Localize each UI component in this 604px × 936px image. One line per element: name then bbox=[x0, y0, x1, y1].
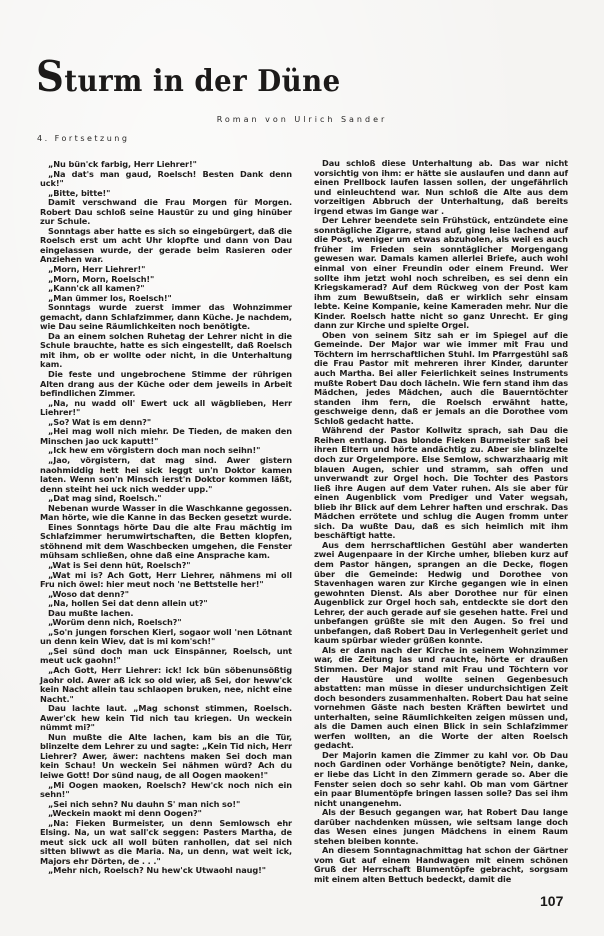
title-initial: S bbox=[36, 52, 64, 101]
paragraph: „Na dat's man gaud, Roelsch! Besten Dank… bbox=[40, 170, 292, 189]
paragraph: „Na, nu wadd oll' Ewert uck all wägblieb… bbox=[40, 399, 292, 418]
paragraph: Sonntags aber hatte es sich so eingebürg… bbox=[40, 227, 292, 265]
paragraph: Dau schloß diese Unterhaltung ab. Das wa… bbox=[314, 159, 568, 216]
paragraph: Damit verschwand die Frau Morgen für Mor… bbox=[40, 198, 292, 227]
paragraph: Nebenan wurde Wasser in die Waschkanne g… bbox=[40, 504, 292, 523]
paragraph: Eines Sonntags hörte Dau die alte Frau m… bbox=[40, 523, 292, 561]
page-number: 107 bbox=[540, 893, 563, 909]
paragraph: „So'n jungen forschen Kierl, sogaor woll… bbox=[40, 628, 292, 647]
paragraph: „Wat mi is? Ach Gott, Herr Liehrer, nähm… bbox=[40, 571, 292, 590]
title-rest: turm in der Düne bbox=[64, 64, 340, 99]
magazine-page: Sturm in der Düne Roman von Ulrich Sande… bbox=[0, 0, 604, 936]
paragraph: Aus dem herrschaftlichen Gestühl aber wa… bbox=[314, 541, 568, 646]
paragraph: Oben von seinem Sitz sah er im Spiegel a… bbox=[314, 331, 568, 426]
paragraph: Da an einem solchen Ruhetag der Lehrer n… bbox=[40, 332, 292, 370]
left-text-column: „Nu bün'ck farbig, Herr Liehrer!"„Na dat… bbox=[40, 160, 292, 876]
story-title: Sturm in der Düne bbox=[36, 52, 341, 101]
paragraph: Die feste und ungebrochene Stimme der rü… bbox=[40, 370, 292, 399]
paragraph: Während der Pastor Kollwitz sprach, sah … bbox=[314, 426, 568, 541]
paragraph: Der Lehrer beendete sein Frühstück, entz… bbox=[314, 216, 568, 331]
byline: Roman von Ulrich Sander bbox=[0, 115, 604, 124]
paragraph: „Sei sünd doch man uck Einspänner, Roels… bbox=[40, 647, 292, 666]
paragraph: „Mehr nich, Roelsch? Nu hew'ck Utwaohl n… bbox=[40, 866, 292, 876]
paragraph: Sonntags wurde zuerst immer das Wohnzimm… bbox=[40, 303, 292, 332]
paragraph: „Jao, vörgistern, dat mag sind. Awer gis… bbox=[40, 456, 292, 494]
installment-label: 4. Fortsetzung bbox=[37, 134, 129, 143]
paragraph: „Na: Fieken Burmeister, un denn Semlowsc… bbox=[40, 819, 292, 867]
paragraph: Der Majorin kamen die Zimmer zu kahl vor… bbox=[314, 751, 568, 808]
right-text-column: Dau schloß diese Unterhaltung ab. Das wa… bbox=[314, 159, 568, 885]
paragraph: Dau lachte laut. „Mag schonst stimmen, R… bbox=[40, 704, 292, 733]
paragraph: „Mi Oogen maoken, Roelsch? Hew'ck noch n… bbox=[40, 781, 292, 800]
paragraph: „Hei mag woll nich miehr. De Tieden, de … bbox=[40, 427, 292, 446]
paragraph: Nun mußte die Alte lachen, kam bis an di… bbox=[40, 733, 292, 781]
paragraph: Als der Besuch gegangen war, hat Robert … bbox=[314, 808, 568, 846]
paragraph: Als er dann nach der Kirche in seinem Wo… bbox=[314, 646, 568, 751]
paragraph: An diesem Sonntagnachmittag hat schon de… bbox=[314, 846, 568, 884]
paragraph: „Ach Gott, Herr Liehrer: ick! Ick bün sö… bbox=[40, 666, 292, 704]
